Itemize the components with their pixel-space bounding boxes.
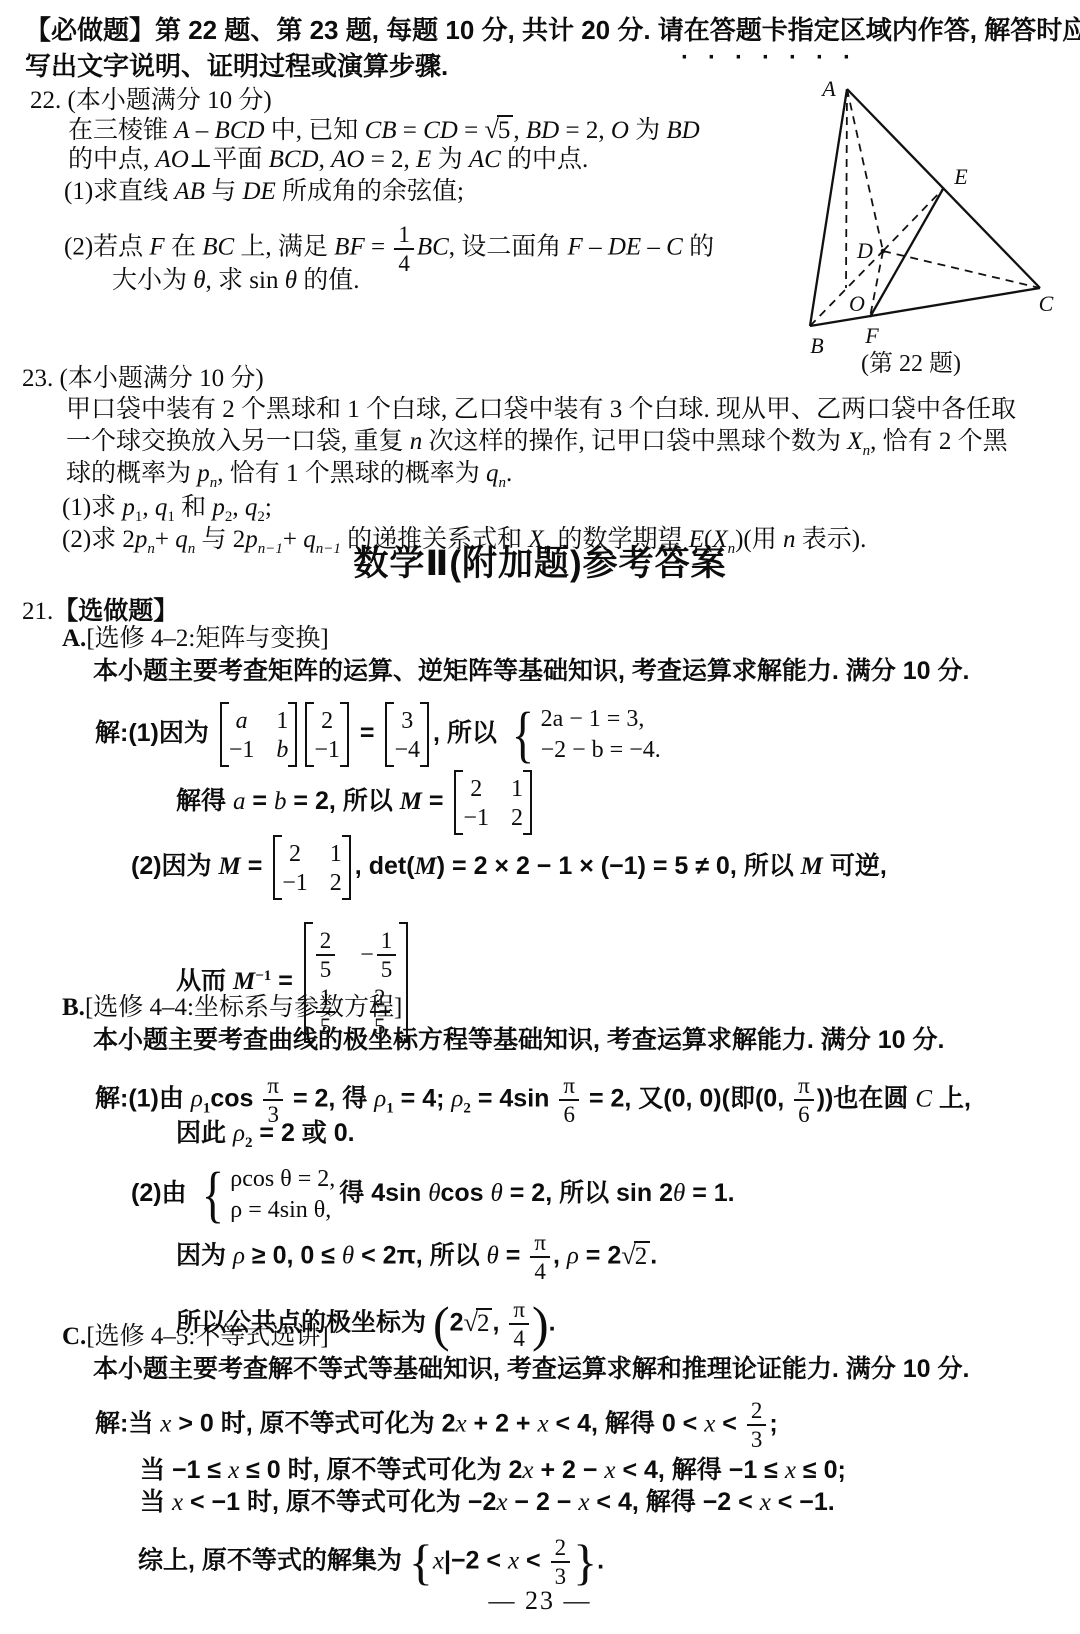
page-number: — 23 — [0, 1586, 1080, 1616]
vertex-label-A: A [820, 76, 836, 101]
section-c-sol-2: 当 −1 ≤ x ≤ 0 时, 原不等式可化为 2x + 2 − x < 4, … [140, 1455, 846, 1486]
q22-line-2: 的中点, AO⊥平面 BCD, AO = 2, E 为 AC 的中点. [68, 145, 588, 175]
section-c-sol-4: 综上, 原不等式的解集为 {x|−2 < x < 23}. [138, 1535, 604, 1589]
section-a-label: A.[选修 4–2:矩阵与变换] [62, 624, 329, 654]
q22-figure: A E D O B C F (第 22 题) [765, 70, 1065, 382]
vertex-label-C: C [1039, 291, 1054, 316]
section-c-note: 本小题主要考查解不等式等基础知识, 考查运算求解和推理论证能力. 满分 10 分… [93, 1354, 969, 1384]
edge-BC [810, 288, 1040, 326]
section-c-label: C.[选修 4–5:不等式选讲] [62, 1322, 329, 1352]
edge-DC-dashed [883, 251, 1040, 288]
answers-title: 数学Ⅱ(附加题)参考答案 [0, 549, 1080, 579]
point-D [881, 249, 886, 254]
section-c-sol-1: 解:当 x > 0 时, 原不等式可化为 2x + 2 + x < 4, 解得 … [95, 1398, 778, 1452]
section-b-sol-3: (2)由 {ρcos θ = 2,ρ = 4sin θ,得 4sin θcos … [131, 1165, 735, 1224]
q21-heading: 21.【选做题】 [22, 596, 178, 627]
section-a-sol-1: 解:(1)因为 a1−1b2−1 = 3−4, 所以 {2a − 1 = 3,−… [95, 702, 665, 767]
vertex-label-E: E [953, 164, 968, 189]
edge-AD-dashed [847, 89, 883, 251]
vertex-label-F: F [864, 323, 879, 348]
vertex-label-O: O [849, 291, 865, 316]
section-a-sol-3: (2)因为 M = 21−12, det(M) = 2 × 2 − 1 × (−… [131, 835, 887, 900]
vertex-label-B: B [810, 333, 823, 358]
q23-line-1: 甲口袋中装有 2 个黑球和 1 个白球, 乙口袋中装有 3 个白球. 现从甲、乙… [66, 395, 1016, 425]
edge-AB [810, 89, 847, 326]
edge-AC [847, 89, 1040, 288]
q22-part-2-cont: 大小为 θ, 求 sin θ 的值. [112, 266, 360, 296]
header-line-1: 【必做题】第 22 题、第 23 题, 每题 10 分, 共计 20 分. 请在… [25, 15, 1080, 45]
section-a-sol-2: 解得 a = b = 2, 所以 M = 21−12 [176, 770, 536, 835]
q23-heading: 23. (本小题满分 10 分) [22, 364, 264, 394]
section-b-sol-2: 因此 ρ2 = 2 或 0. [176, 1118, 355, 1149]
section-b-label: B.[选修 4–4:坐标系与参数方程] [62, 993, 402, 1023]
q22-line-1: 在三棱锥 A – BCD 中, 已知 CB = CD = √5, BD = 2,… [68, 115, 700, 146]
segment-AO-dashed [846, 89, 847, 288]
emphasis-dots: ······· [681, 44, 870, 72]
q22-part-1: (1)求直线 AB 与 DE 所成角的余弦值; [64, 177, 464, 207]
figure-caption: (第 22 题) [861, 350, 961, 377]
section-a-note: 本小题主要考查矩阵的运算、逆矩阵等基础知识, 考查运算求解能力. 满分 10 分… [93, 656, 969, 686]
section-b-note: 本小题主要考查曲线的极坐标方程等基础知识, 考查运算求解能力. 满分 10 分. [93, 1025, 944, 1055]
section-b-sol-4: 因为 ρ ≥ 0, 0 ≤ θ < 2π, 所以 θ = π4, ρ = 2√2… [176, 1230, 657, 1284]
vertex-label-D: D [856, 238, 873, 263]
header-line-2: 写出文字说明、证明过程或演算步骤. [25, 51, 448, 81]
q22-heading: 22. (本小题满分 10 分) [30, 86, 272, 116]
q23-line-3: 球的概率为 pn, 恰有 1 个黑球的概率为 qn. [66, 459, 512, 489]
q23-line-2: 一个球交换放入另一口袋, 重复 n 次这样的操作, 记甲口袋中黑球个数为 Xn,… [66, 427, 1008, 457]
q23-part-1: (1)求 p1, q1 和 p2, q2; [62, 493, 272, 523]
exam-page: 【必做题】第 22 题、第 23 题, 每题 10 分, 共计 20 分. 请在… [0, 0, 1080, 1634]
section-c-sol-3: 当 x < −1 时, 原不等式可化为 −2x − 2 − x < 4, 解得 … [140, 1487, 835, 1518]
